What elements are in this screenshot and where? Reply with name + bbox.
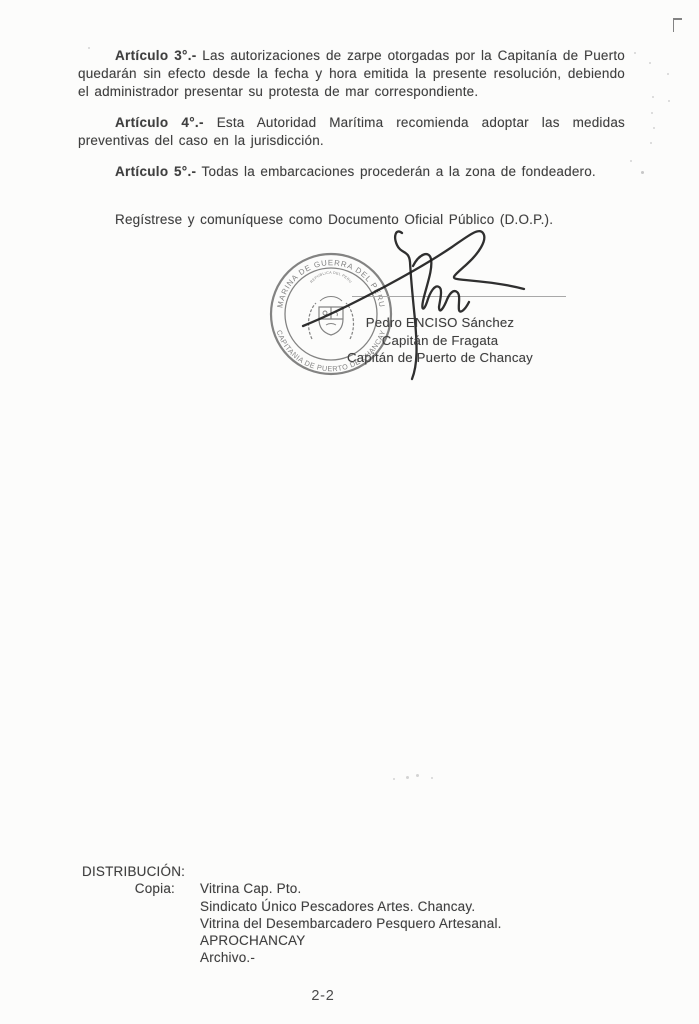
article-4-label: Artículo 4°.- [115, 115, 204, 130]
document-page: Artículo 3°.- Las autorizaciones de zarp… [0, 0, 699, 1024]
scan-speck [431, 777, 433, 779]
article-5-text: Todas la embarcaciones procederán a la z… [202, 164, 596, 179]
scan-speck [634, 52, 636, 54]
scan-speck [630, 160, 632, 162]
scan-speck [641, 171, 644, 174]
article-3-paragraph: Artículo 3°.- Las autorizaciones de zarp… [78, 47, 625, 101]
scan-speck [406, 776, 409, 779]
stamp-center-small-text: REPUBLICA DEL PERU [309, 271, 352, 284]
stamp-arc-bottom-text: CAPITANIA DE PUERTO DE CHANCAY [275, 329, 388, 374]
article-3-label: Artículo 3°.- [115, 48, 197, 63]
scan-corner-mark [673, 18, 682, 32]
page-number: 2-2 [293, 988, 353, 1004]
stamp-arc-top-text: MARINA DE GUERRA DEL PERU [275, 258, 386, 308]
closing-line: Regístrese y comuníquese como Documento … [115, 211, 553, 229]
scan-speck [652, 96, 654, 98]
recipient-item: Archivo.- [200, 949, 502, 966]
recipient-item: Vitrina Cap. Pto. [200, 880, 502, 897]
scan-speck [651, 112, 653, 114]
coat-of-arms [309, 297, 354, 340]
recipient-item: APROCHANCAY [200, 932, 502, 949]
scan-speck [88, 47, 90, 49]
distribution-section: DISTRIBUCIÓN: Copia: Vitrina Cap. Pto. S… [82, 863, 502, 967]
recipient-item: Vitrina del Desembarcadero Pesquero Arte… [200, 915, 502, 932]
handwritten-signature [290, 215, 540, 400]
article-5-label: Artículo 5°.- [115, 164, 196, 179]
scan-speck [650, 142, 652, 144]
scan-speck [653, 127, 655, 129]
svg-text:CAPITANIA DE PUERTO DE CHANCAY: CAPITANIA DE PUERTO DE CHANCAY [275, 329, 388, 374]
signer-rank: Capitán de Fragata [328, 332, 552, 350]
scan-speck [649, 62, 651, 64]
svg-text:REPUBLICA DEL PERU: REPUBLICA DEL PERU [309, 271, 352, 284]
copy-label: Copia: [82, 880, 175, 966]
signer-position: Capitán de Puerto de Chancay [328, 349, 552, 367]
article-4-paragraph: Artículo 4°.- Esta Autoridad Marítima re… [78, 114, 625, 150]
signer-identity-block: Pedro ENCISO Sánchez Capitán de Fragata … [328, 314, 552, 367]
scan-speck [667, 73, 669, 75]
scan-speck [393, 778, 395, 780]
scan-speck [416, 774, 419, 777]
scan-speck [668, 100, 670, 102]
signer-name: Pedro ENCISO Sánchez [328, 314, 552, 332]
signature-rule-line [352, 296, 566, 297]
official-round-stamp: MARINA DE GUERRA DEL PERU CAPITANIA DE P… [256, 239, 406, 389]
article-5-paragraph: Artículo 5°.- Todas la embarcaciones pro… [115, 163, 596, 181]
distribution-recipients: Vitrina Cap. Pto. Sindicato Único Pescad… [200, 880, 502, 966]
recipient-item: Sindicato Único Pescadores Artes. Chanca… [200, 898, 502, 915]
svg-text:MARINA DE GUERRA DEL PERU: MARINA DE GUERRA DEL PERU [275, 258, 386, 308]
distribution-heading: DISTRIBUCIÓN: [82, 863, 502, 880]
